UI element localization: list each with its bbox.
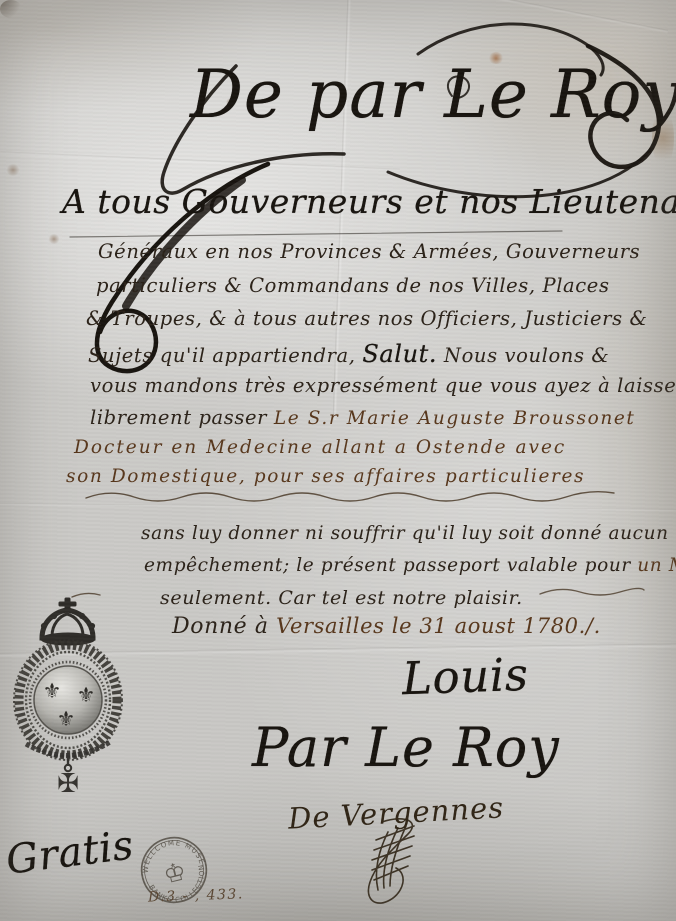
fee-note: Gratis xyxy=(4,822,137,883)
dateline-formula: Donné à xyxy=(172,614,276,639)
countersign-heading: Par Le Roy xyxy=(252,716,560,779)
body-line-11: seulement. Car tel est notre plaisir. xyxy=(160,587,523,609)
royal-signature: Louis xyxy=(401,648,529,705)
body-line-10-text: empêchement; le présent passeport valabl… xyxy=(144,555,637,576)
signature-paraph-icon xyxy=(348,812,448,912)
salut-word: Salut. xyxy=(362,340,437,368)
foxing-spot xyxy=(48,234,60,244)
fleur-de-lis-icon: ⚜ xyxy=(57,707,76,731)
catalog-number: D.3 - , 433. xyxy=(148,886,244,905)
paper-crease-top-right xyxy=(422,0,668,34)
body-line-4: Sujets qu'il appartiendra, Salut. Nous v… xyxy=(88,340,609,368)
body-line-7: Docteur en Medecine allant a Ostende ave… xyxy=(74,437,566,458)
dateline: Donné à Versailles le 31 aoust 1780./. xyxy=(172,614,601,639)
body-line-6-text: librement passer xyxy=(90,406,274,429)
document-photo: { "document": { "header": "De par Le Roy… xyxy=(0,0,676,921)
body-line-4-text: Nous voulons & xyxy=(437,344,609,367)
validity-duration: un Mois xyxy=(637,555,676,576)
body-line-9: sans luy donner ni souffrir qu'il luy so… xyxy=(141,523,669,544)
document-title: De par Le Roy xyxy=(190,56,676,133)
address-line: A tous Gouverneurs et nos Lieutenans xyxy=(62,182,676,221)
paper-crease-upper xyxy=(0,151,400,172)
crown-icon: ♔ xyxy=(160,856,188,889)
body-line-8: son Domestique, pour ses affaires partic… xyxy=(66,466,585,487)
body-line-2: particuliers & Commandans de nos Villes,… xyxy=(96,274,610,297)
body-line-6: librement passer Le S.r Marie Auguste Br… xyxy=(90,406,635,429)
maltese-cross-icon: ✠ xyxy=(57,769,79,799)
body-line-5: vous mandons très expressément que vous … xyxy=(90,374,676,397)
fleur-de-lis-icon: ⚜ xyxy=(77,683,96,707)
place-and-date: Versailles le 31 aoust 1780./. xyxy=(276,614,601,638)
body-line-4-text: Sujets qu'il appartiendra, xyxy=(88,344,362,367)
paper-crease-lower xyxy=(0,503,676,512)
fleur-de-lis-icon: ⚜ xyxy=(43,679,62,703)
body-line-10: empêchement; le présent passeport valabl… xyxy=(144,555,676,576)
royal-seal-icon: ⚜ ⚜ ⚜ ✠ xyxy=(8,596,128,796)
traveller-name: Le S.r Marie Auguste Broussonet xyxy=(274,408,636,429)
body-line-1: Généraux en nos Provinces & Armées, Gouv… xyxy=(98,240,640,263)
body-line-3: & Troupes, & à tous autres nos Officiers… xyxy=(86,307,647,330)
foxing-spot xyxy=(6,164,20,176)
foxing-spot xyxy=(0,0,22,18)
